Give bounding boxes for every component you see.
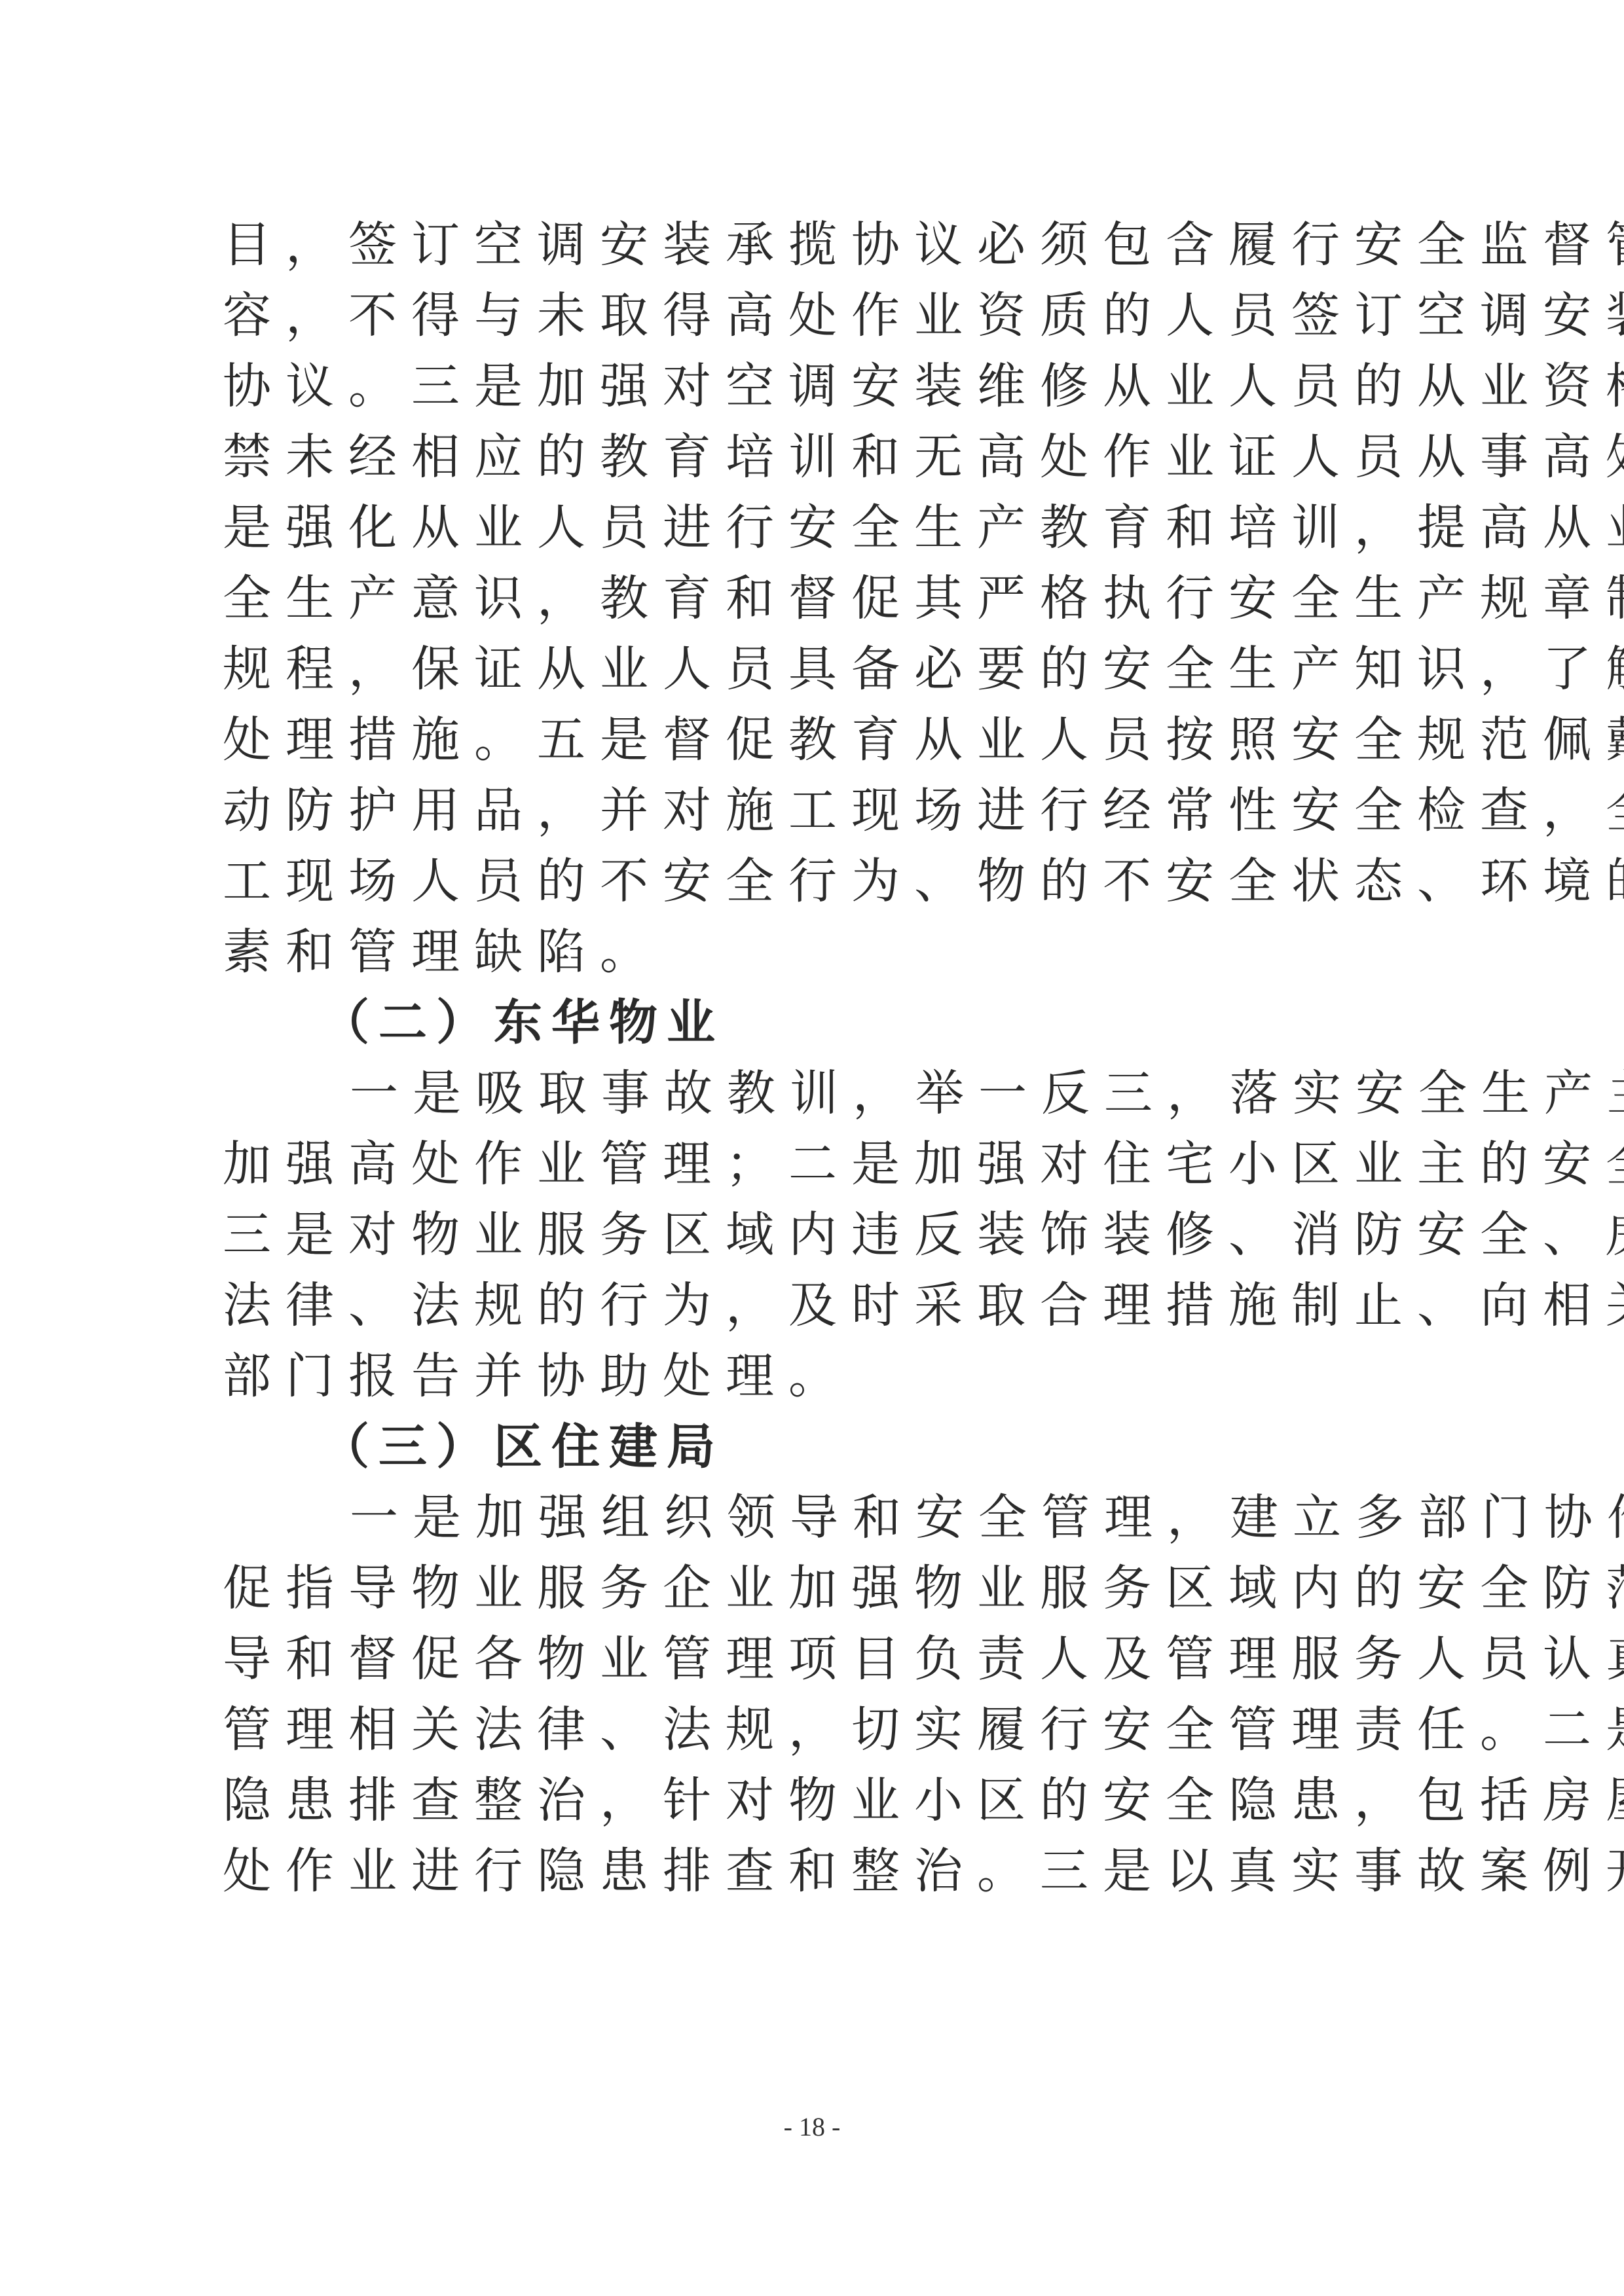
document-page: 目，签订空调安装承揽协议必须包含履行安全监督管理责任内 容，不得与未取得高处作业… [0, 0, 1624, 2296]
text-line: 加强高处作业管理；二是加强对住宅小区业主的安全宣传教育； [223, 1129, 1414, 1199]
text-line: 目，签订空调安装承揽协议必须包含履行安全监督管理责任内 [223, 210, 1414, 280]
text-line: 一是吸取事故教训，举一反三，落实安全生产主体责任， [223, 1058, 1414, 1129]
text-line: 管理相关法律、法规，切实履行安全管理责任。二是开展安全 [223, 1694, 1414, 1765]
text-line: 促指导物业服务企业加强物业服务区域内的安全防范管理，引 [223, 1553, 1414, 1624]
text-line: 全生产意识，教育和督促其严格执行安全生产规章制度和操作 [223, 563, 1414, 634]
page-number: - 18 - [0, 2111, 1624, 2142]
text-line: 导和督促各物业管理项目负责人及管理服务人员认真学习物业 [223, 1624, 1414, 1694]
text-line: 禁未经相应的教育培训和无高处作业证人员从事高处作业。四 [223, 422, 1414, 492]
text-line: 一是加强组织领导和安全管理，建立多部门协作机制，督 [223, 1482, 1414, 1553]
body-text: 目，签订空调安装承揽协议必须包含履行安全监督管理责任内 容，不得与未取得高处作业… [223, 210, 1414, 1906]
text-line: 处作业进行隐患排查和整治。三是以真实事故案例开展安全警 [223, 1836, 1414, 1906]
paragraph-district-housing-bureau: 一是加强组织领导和安全管理，建立多部门协作机制，督 促指导物业服务企业加强物业服… [223, 1482, 1414, 1906]
paragraph-donghua-property: 一是吸取事故教训，举一反三，落实安全生产主体责任， 加强高处作业管理；二是加强对… [223, 1058, 1414, 1412]
text-line: 素和管理缺陷。 [223, 917, 1414, 987]
text-line: 协议。三是加强对空调安装维修从业人员的从业资格管理，严 [223, 351, 1414, 422]
text-line: 三是对物业服务区域内违反装饰装修、消防安全、房屋安全等 [223, 1199, 1414, 1270]
paragraph-continuation: 目，签订空调安装承揽协议必须包含履行安全监督管理责任内 容，不得与未取得高处作业… [223, 210, 1414, 987]
section-heading-donghua-property: （二）东华物业 [223, 987, 1414, 1058]
text-line: 动防护用品，并对施工现场进行经常性安全检查，全面排查施 [223, 775, 1414, 846]
text-line: 工现场人员的不安全行为、物的不安全状态、环境的不安全因 [223, 846, 1414, 917]
text-line: 是强化从业人员进行安全生产教育和培训，提高从业人员的安 [223, 492, 1414, 563]
text-line: 隐患排查整治，针对物业小区的安全隐患，包括房屋装修、高 [223, 1765, 1414, 1836]
text-line: 部门报告并协助处理。 [223, 1341, 1414, 1412]
text-line: 法律、法规的行为，及时采取合理措施制止、向相关行政管理 [223, 1270, 1414, 1341]
text-line: 规程，保证从业人员具备必要的安全生产知识，了解事故应急 [223, 634, 1414, 704]
section-heading-district-housing-bureau: （三）区住建局 [223, 1412, 1414, 1482]
text-line: 处理措施。五是督促教育从业人员按照安全规范佩戴、使用劳 [223, 704, 1414, 775]
text-line: 容，不得与未取得高处作业资质的人员签订空调安装维修承揽 [223, 280, 1414, 351]
